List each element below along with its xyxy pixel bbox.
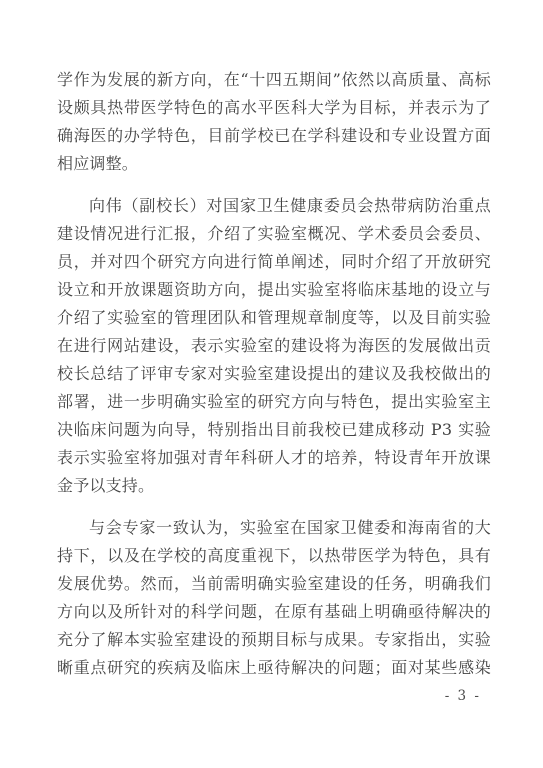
text-line: 晰重点研究的疾病及临床上亟待解决的问题；面对某些感染性极 xyxy=(57,654,491,682)
paragraph: 与会专家一致认为，实验室在国家卫健委和海南省的大力支持下，以及在学校的高度重视下… xyxy=(57,514,491,682)
text-line: 确海医的办学特色，目前学校已在学科建设和专业设置方面做了 xyxy=(57,122,491,150)
text-line: 介绍了实验室的管理团队和管理规章制度等，以及目前实验室正 xyxy=(57,304,491,332)
paragraph: 向伟（副校长）对国家卫生健康委员会热带病防治重点实验室建设情况进行汇报，介绍了实… xyxy=(57,192,491,500)
text-line: 向伟（副校长）对国家卫生健康委员会热带病防治重点实验室 xyxy=(57,192,491,220)
text-line: 校长总结了评审专家对实验室建设提出的建议及我校做出的相应 xyxy=(57,360,491,388)
document-body: 学作为发展的新方向，在“十四五期间”依然以高质量、高标准建设颇具热带医学特色的高… xyxy=(57,66,491,682)
text-line: 学作为发展的新方向，在“十四五期间”依然以高质量、高标准建 xyxy=(57,66,491,94)
text-line: 建设情况进行汇报，介绍了实验室概况、学术委员会委员、团队成 xyxy=(57,220,491,248)
text-line: 表示实验室将加强对青年科研人才的培养，特设青年开放课题基 xyxy=(57,444,491,472)
text-line: 设颇具热带医学特色的高水平医科大学为目标，并表示为了更明 xyxy=(57,94,491,122)
document-text-block: 学作为发展的新方向，在“十四五期间”依然以高质量、高标准建设颇具热带医学特色的高… xyxy=(57,66,491,710)
paragraph: 学作为发展的新方向，在“十四五期间”依然以高质量、高标准建设颇具热带医学特色的高… xyxy=(57,66,491,178)
text-line: 员，并对四个研究方向进行简单阐述，同时介绍了开放研究基金的 xyxy=(57,248,491,276)
text-line: 与会专家一致认为，实验室在国家卫健委和海南省的大力支 xyxy=(57,514,491,542)
text-line: 持下，以及在学校的高度重视下，以热带医学为特色，具有一定的 xyxy=(57,542,491,570)
text-line: 金予以支持。 xyxy=(57,472,491,500)
text-line: 决临床问题为向导，特别指出目前我校已建成移动 P3 实验室，并 xyxy=(57,416,491,444)
text-line: 相应调整。 xyxy=(57,150,491,178)
text-line: 设立和开放课题资助方向，提出实验室将临床基地的设立与落户， xyxy=(57,276,491,304)
text-line: 充分了解本实验室建设的预期目标与成果。专家指出，实验室需明 xyxy=(57,626,491,654)
scanned-document-page: 学作为发展的新方向，在“十四五期间”依然以高质量、高标准建设颇具热带医学特色的高… xyxy=(0,0,543,768)
text-line: 方向以及所针对的科学问题，在原有基础上明确亟待解决的问题， xyxy=(57,598,491,626)
text-line: 部署，进一步明确实验室的研究方向与特色，提出实验室主要以解 xyxy=(57,388,491,416)
text-line: 发展优势。然而，当前需明确实验室建设的任务，明确我们的研究 xyxy=(57,570,491,598)
text-line: 在进行网站建设，表示实验室的建设将为海医的发展做出贡献；向 xyxy=(57,332,491,360)
page-number: - 3 - xyxy=(57,682,491,710)
